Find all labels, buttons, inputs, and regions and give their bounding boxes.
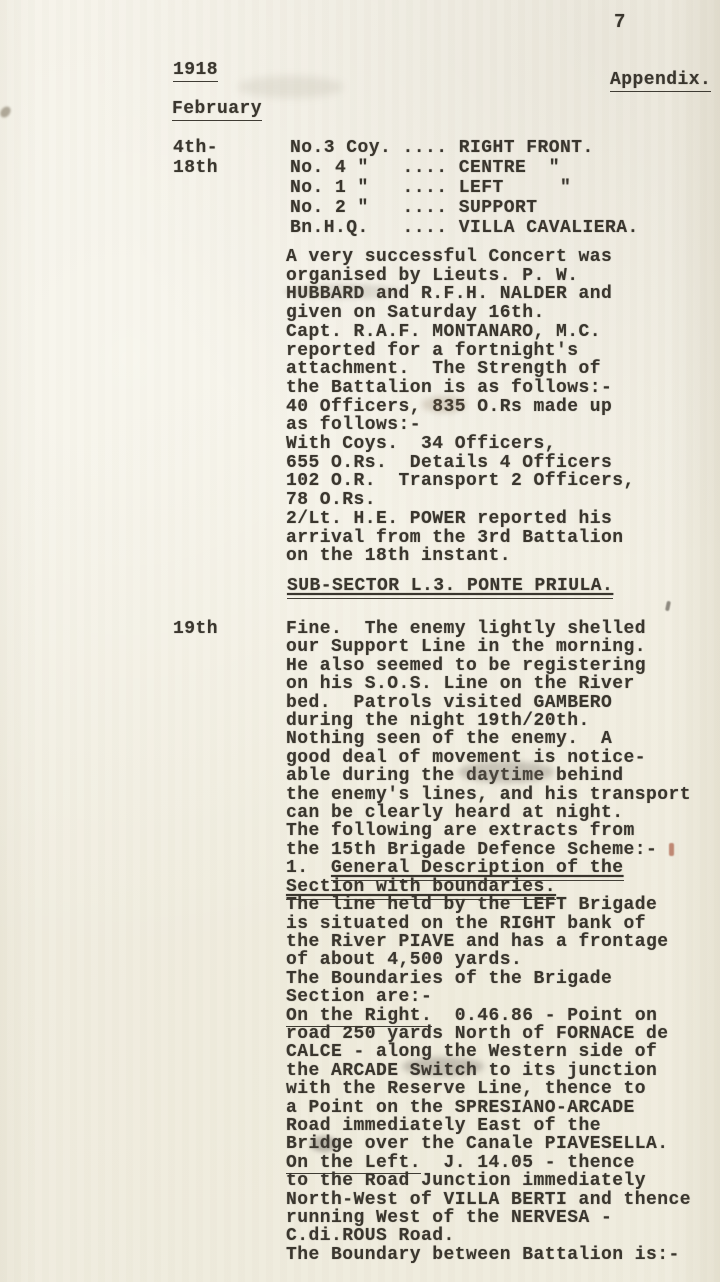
narrative-line: during the night 19th/20th. bbox=[286, 712, 691, 730]
narrative-line: The following are extracts from bbox=[286, 822, 691, 840]
section-heading: SUB-SECTOR L.3. PONTE PRIULA. bbox=[287, 577, 613, 596]
narrative-line: to the Road Junction immediately bbox=[286, 1172, 691, 1190]
pencil-smudge bbox=[238, 76, 343, 98]
year-heading: 1918 bbox=[173, 61, 218, 80]
ink-speck bbox=[665, 601, 671, 612]
dispositions-table: No.3 Coy. .... RIGHT FRONT.No. 4 " .... … bbox=[290, 138, 639, 238]
narrative-line: Capt. R.A.F. MONTANARO, M.C. bbox=[286, 323, 635, 342]
paper-speck bbox=[0, 105, 13, 120]
narrative-line: the Battalion is as follows:- bbox=[286, 379, 635, 398]
narrative-line: our Support Line in the morning. bbox=[286, 638, 691, 656]
narrative-line: Bridge over the Canale PIAVESELLA. bbox=[286, 1135, 691, 1153]
narrative-line: 18th bbox=[173, 158, 218, 178]
narrative-line: C.di.ROUS Road. bbox=[286, 1227, 691, 1245]
narrative-line: with the Reserve Line, thence to bbox=[286, 1080, 691, 1098]
narrative-line: On the Right. 0.46.86 - Point on bbox=[286, 1007, 691, 1025]
entry-date-range: 4th-18th bbox=[173, 138, 218, 178]
narrative-line: can be clearly heard at night. bbox=[286, 804, 691, 822]
narrative-line: the enemy's lines, and his transport bbox=[286, 786, 691, 804]
narrative-line: Fine. The enemy lightly shelled bbox=[286, 620, 691, 638]
narrative-line: Road immediately East of the bbox=[286, 1117, 691, 1135]
entry1-narrative-paragraph: A very successful Concert wasorganised b… bbox=[286, 248, 635, 566]
narrative-line: 655 O.Rs. Details 4 Officers bbox=[286, 454, 635, 473]
disposition-row: No. 4 " .... CENTRE " bbox=[290, 158, 639, 178]
year-heading-text: 1918 bbox=[173, 60, 218, 82]
narrative-line: 2/Lt. H.E. POWER reported his bbox=[286, 510, 635, 529]
narrative-line: on his S.O.S. Line on the River bbox=[286, 675, 691, 693]
narrative-line: attachment. The Strength of bbox=[286, 360, 635, 379]
narrative-line: given on Saturday 16th. bbox=[286, 304, 635, 323]
narrative-line: bed. Patrols visited GAMBERO bbox=[286, 694, 691, 712]
narrative-line: of about 4,500 yards. bbox=[286, 951, 691, 969]
narrative-line: the ARCADE Switch to its junction bbox=[286, 1062, 691, 1080]
narrative-line: With Coys. 34 Officers, bbox=[286, 435, 635, 454]
narrative-line: The Boundary between Battalion is:- bbox=[286, 1246, 691, 1264]
narrative-line: He also seemed to be registering bbox=[286, 657, 691, 675]
month-heading-text: February bbox=[172, 99, 262, 121]
disposition-row: No. 2 " .... SUPPORT bbox=[290, 198, 639, 218]
narrative-line: 78 O.Rs. bbox=[286, 491, 635, 510]
page-number: 7 bbox=[614, 13, 626, 32]
narrative-line: On the Left. J. 14.05 - thence bbox=[286, 1154, 691, 1172]
section-heading-text: SUB-SECTOR L.3. PONTE PRIULA. bbox=[287, 576, 613, 599]
narrative-line: as follows:- bbox=[286, 416, 635, 435]
narrative-line: on the 18th instant. bbox=[286, 547, 635, 566]
narrative-line: reported for a fortnight's bbox=[286, 342, 635, 361]
entry2-narrative-paragraph: Fine. The enemy lightly shelledour Suppo… bbox=[286, 620, 691, 1264]
narrative-line: The line held by the LEFT Brigade bbox=[286, 896, 691, 914]
narrative-line: the 15th Brigade Defence Scheme:- bbox=[286, 841, 691, 859]
narrative-line: arrival from the 3rd Battalion bbox=[286, 529, 635, 548]
narrative-line: Nothing seen of the enemy. A bbox=[286, 730, 691, 748]
narrative-line: able during the daytime behind bbox=[286, 767, 691, 785]
appendix-heading-text: Appendix. bbox=[610, 70, 711, 92]
month-heading: February bbox=[172, 100, 262, 119]
narrative-line: road 250 yards North of FORNACE de bbox=[286, 1025, 691, 1043]
narrative-line: 102 O.R. Transport 2 Officers, bbox=[286, 472, 635, 491]
narrative-line: A very successful Concert was bbox=[286, 248, 635, 267]
narrative-line: The Boundaries of the Brigade bbox=[286, 970, 691, 988]
narrative-line: is situated on the RIGHT bank of bbox=[286, 915, 691, 933]
narrative-line: a Point on the SPRESIANO-ARCADE bbox=[286, 1099, 691, 1117]
entry-date: 19th bbox=[173, 620, 218, 639]
narrative-line: HUBBARD and R.F.H. NALDER and bbox=[286, 285, 635, 304]
narrative-line: organised by Lieuts. P. W. bbox=[286, 267, 635, 286]
narrative-line: 4th- bbox=[173, 138, 218, 158]
narrative-line: running West of the NERVESA - bbox=[286, 1209, 691, 1227]
narrative-line: the River PIAVE and has a frontage bbox=[286, 933, 691, 951]
appendix-heading: Appendix. bbox=[610, 71, 711, 90]
narrative-line: Section are:- bbox=[286, 988, 691, 1006]
narrative-line: CALCE - along the Western side of bbox=[286, 1043, 691, 1061]
narrative-line: good deal of movement is notice- bbox=[286, 749, 691, 767]
narrative-line: 1. General Description of the bbox=[286, 859, 691, 877]
document-page: { "document": { "page_number": "7", "yea… bbox=[0, 0, 720, 1282]
narrative-line: 40 Officers, 835 O.Rs made up bbox=[286, 398, 635, 417]
narrative-line: North-West of VILLA BERTI and thence bbox=[286, 1191, 691, 1209]
disposition-row: Bn.H.Q. .... VILLA CAVALIERA. bbox=[290, 218, 639, 238]
disposition-row: No.3 Coy. .... RIGHT FRONT. bbox=[290, 138, 639, 158]
narrative-line: Section with boundaries. bbox=[286, 878, 691, 896]
disposition-row: No. 1 " .... LEFT " bbox=[290, 178, 639, 198]
